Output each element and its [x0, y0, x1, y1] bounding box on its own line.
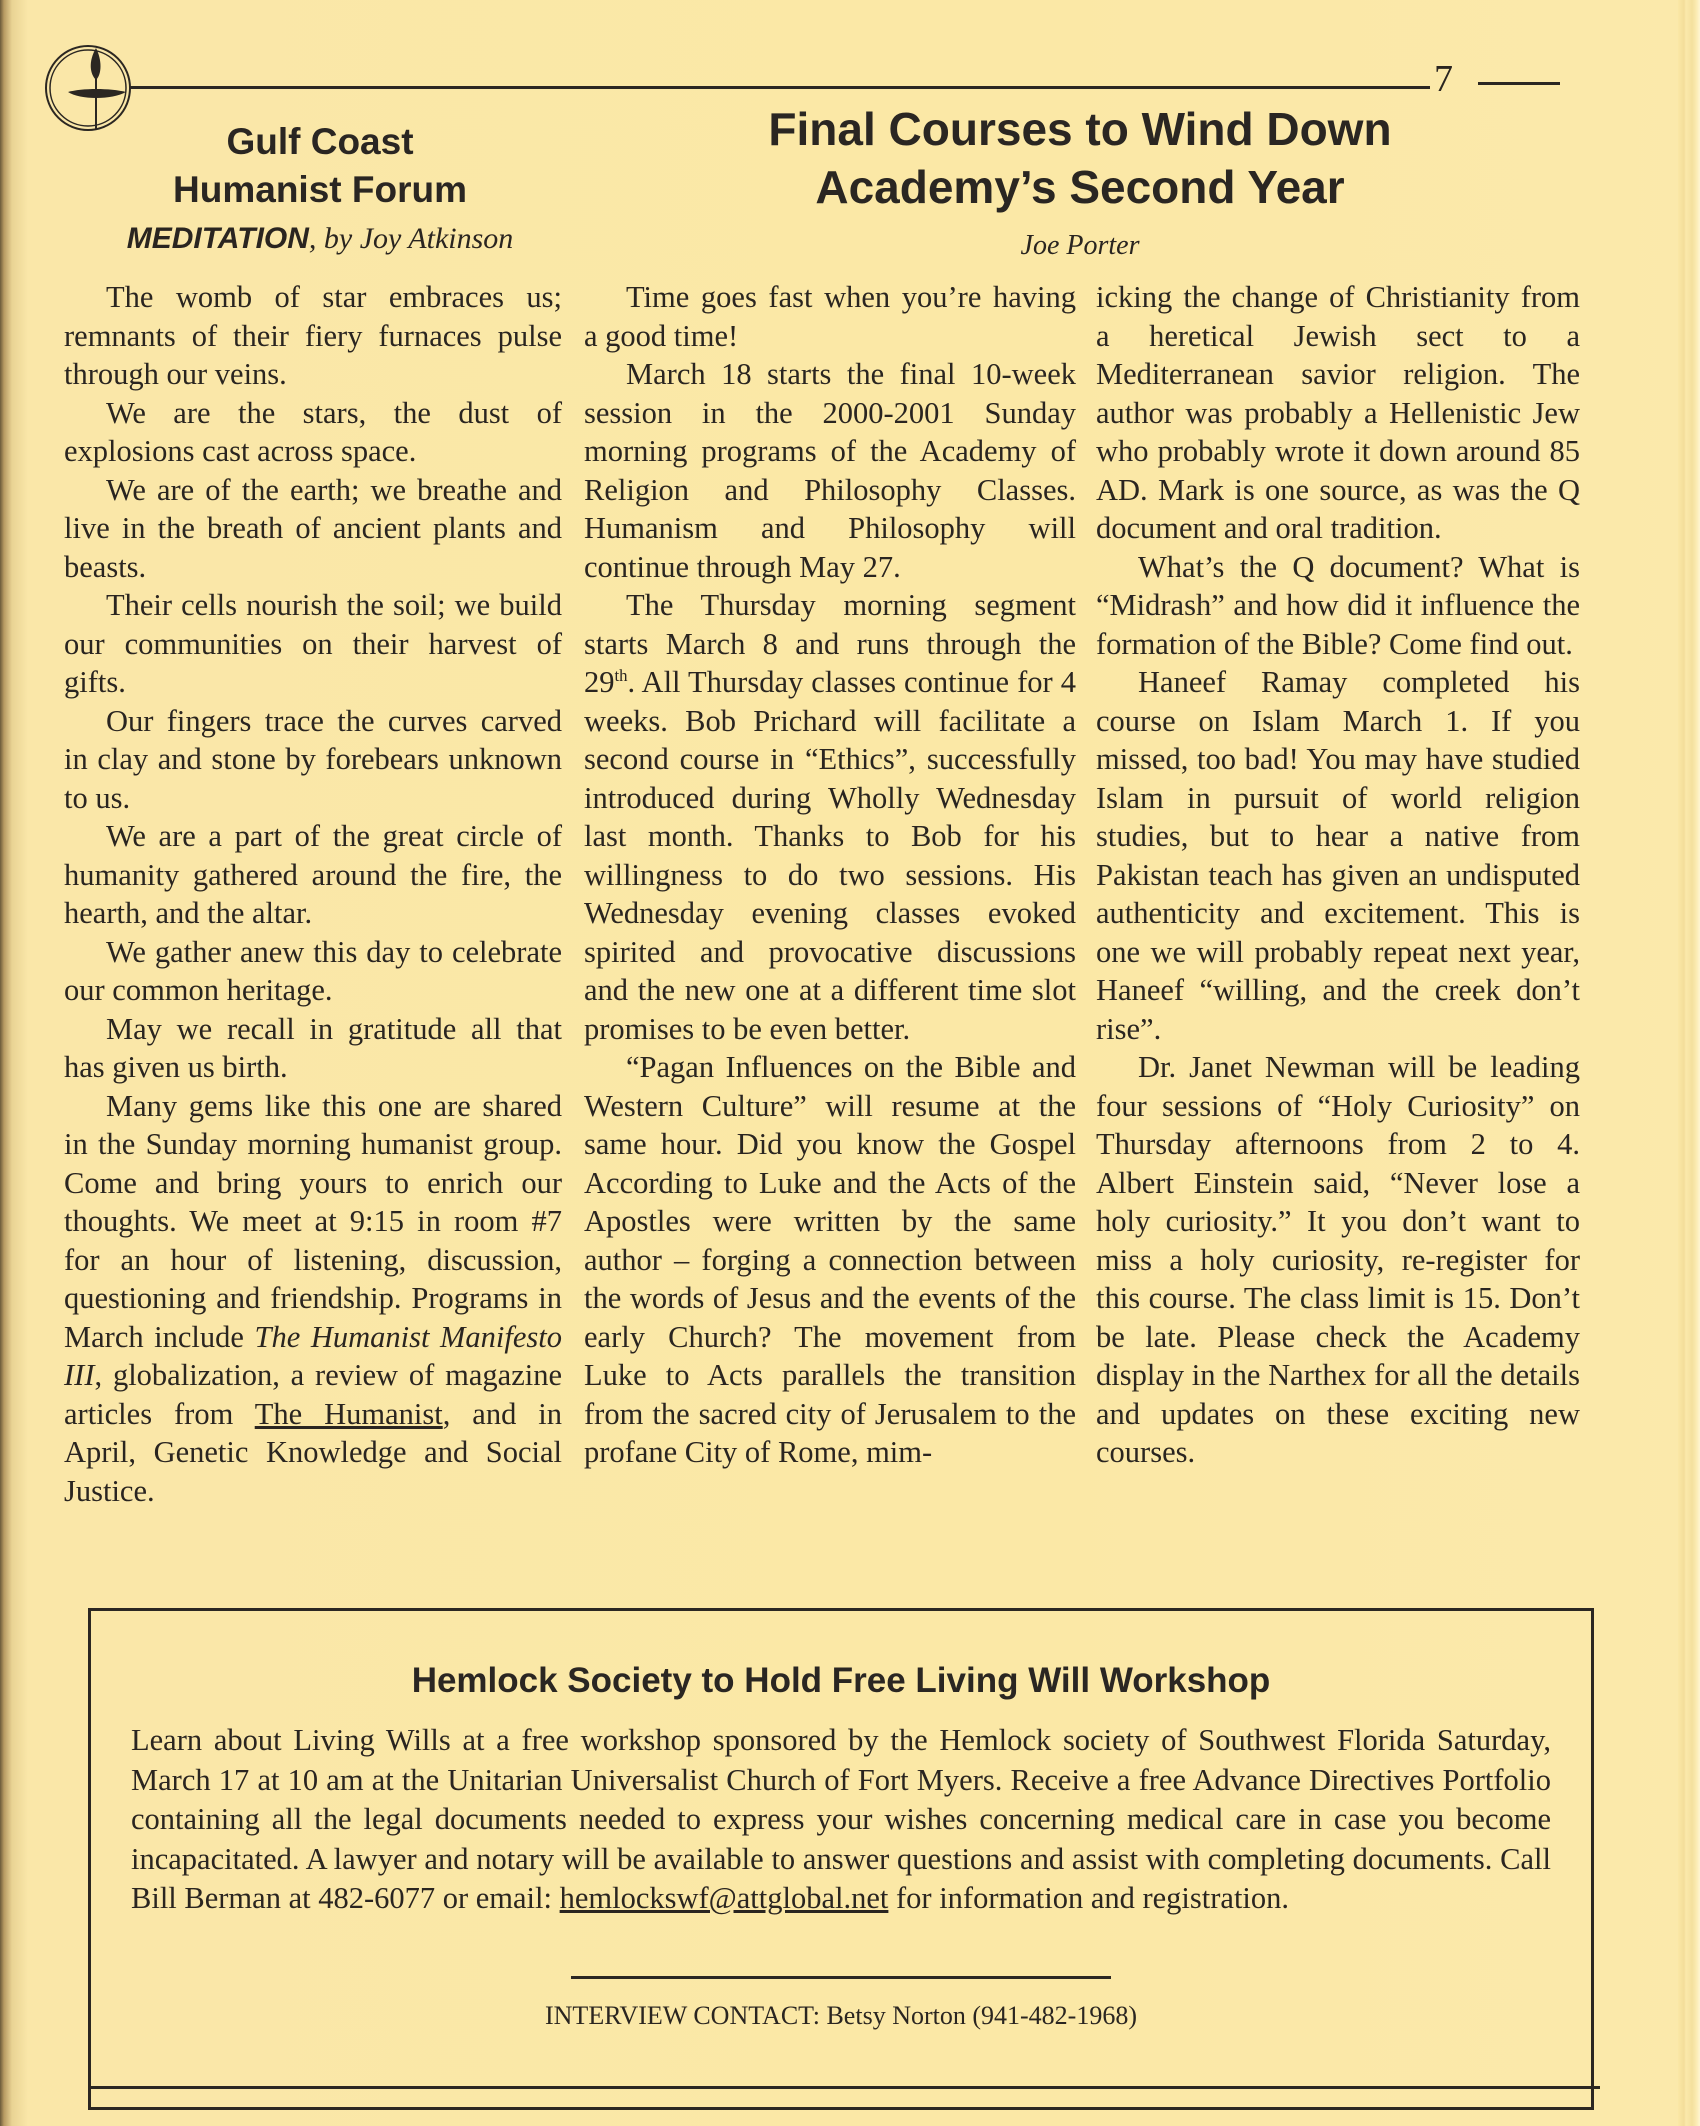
notice-body: Learn about Living Wills at a free works…: [131, 1721, 1551, 1919]
article-byline: Joe Porter: [920, 230, 1240, 262]
hemlock-notice-box: Hemlock Society to Hold Free Living Will…: [88, 1608, 1594, 2110]
article-paragraph: Time goes fast when you’re having a good…: [584, 278, 1076, 355]
poem-stanza: We are a part of the great circle of hum…: [64, 817, 562, 933]
poem-stanza: We are the stars, the dust of explosions…: [64, 394, 562, 471]
poem-stanza: We are of the earth; we breathe and live…: [64, 471, 562, 587]
article-paragraph-continued: icking the change of Christianity from a…: [1096, 278, 1580, 548]
article-paragraph: “Pagan Influences on the Bible and Weste…: [584, 1048, 1076, 1472]
article-paragraph: Dr. Janet Newman will be leading four se…: [1096, 1048, 1580, 1472]
header-rule: [130, 86, 1430, 89]
interview-contact: INTERVIEW CONTACT: Betsy Norton (941-482…: [91, 2001, 1591, 2031]
notice-divider: [571, 1976, 1111, 1979]
article-title: Final Courses to Wind Down Academy’s Sec…: [640, 100, 1520, 216]
magazine-title: The Humanist: [255, 1397, 443, 1431]
article-paragraph: What’s the Q document? What is “Midrash”…: [1096, 548, 1580, 664]
poem-stanza: Our fingers trace the curves carved in c…: [64, 702, 562, 818]
article-column-1: Time goes fast when you’re having a good…: [584, 278, 1076, 1472]
page-number: 7: [1434, 60, 1453, 98]
section-heading: Gulf Coast Humanist Forum: [110, 118, 530, 214]
notice-title: Hemlock Society to Hold Free Living Will…: [91, 1661, 1591, 1701]
heading-line-2: Humanist Forum: [110, 166, 530, 214]
poem-stanza: The womb of star embraces us; remnants o…: [64, 278, 562, 394]
heading-line-1: Gulf Coast: [110, 118, 530, 166]
poem-author: , by Joy Atkinson: [309, 222, 513, 255]
poem-stanza: We gather anew this day to celebrate our…: [64, 933, 562, 1010]
article-title-line-1: Final Courses to Wind Down: [640, 100, 1520, 158]
article-column-2: icking the change of Christianity from a…: [1096, 278, 1580, 1472]
article-paragraph: March 18 starts the final 10-week sessio…: [584, 355, 1076, 586]
page-edge: [1678, 0, 1700, 2126]
email-link[interactable]: hemlockswf@attglobal.net: [560, 1881, 889, 1915]
poem-subheading: MEDITATION, by Joy Atkinson: [60, 222, 580, 256]
article-paragraph: The Thursday morning segment starts Marc…: [584, 586, 1076, 1048]
forum-paragraph: Many gems like this one are shared in th…: [64, 1087, 562, 1511]
footer-rule: [88, 2086, 1600, 2089]
poem-title: MEDITATION: [127, 222, 309, 255]
header-rule-right: [1478, 82, 1560, 85]
article-paragraph: Haneef Ramay completed his course on Isl…: [1096, 663, 1580, 1048]
left-column: The womb of star embraces us; remnants o…: [64, 278, 562, 1510]
article-title-line-2: Academy’s Second Year: [640, 158, 1520, 216]
poem-stanza: May we recall in gratitude all that has …: [64, 1010, 562, 1087]
poem-stanza: Their cells nourish the soil; we build o…: [64, 586, 562, 702]
